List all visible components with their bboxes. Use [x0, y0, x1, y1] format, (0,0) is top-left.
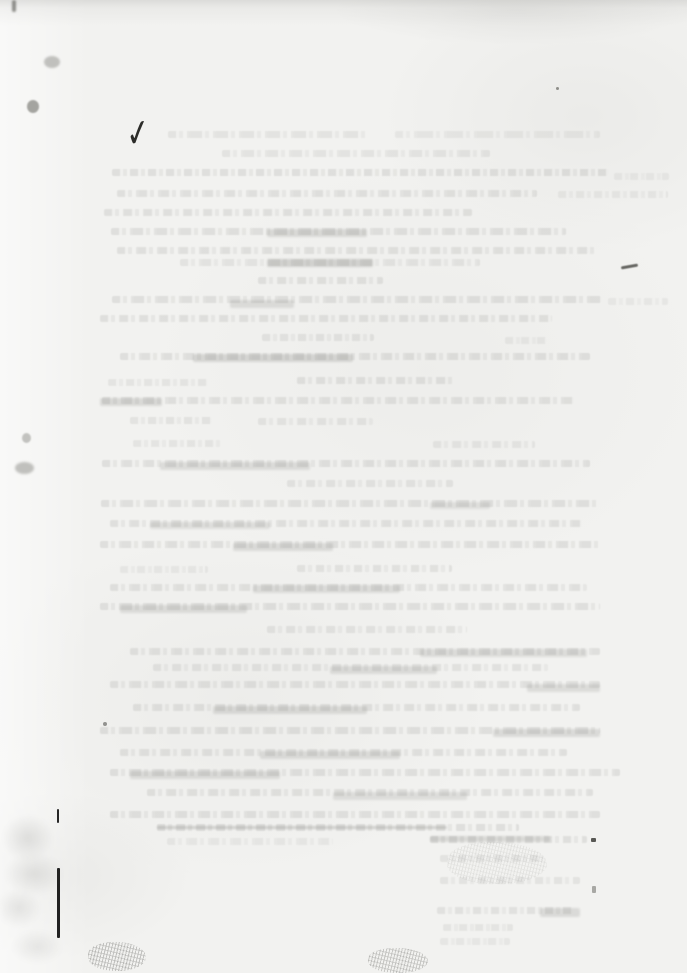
faded-word-cluster	[130, 771, 280, 779]
faded-text-line	[505, 337, 547, 344]
faded-text-line	[222, 150, 490, 157]
speck	[103, 722, 107, 726]
speck	[591, 838, 596, 842]
faded-word-cluster	[160, 462, 310, 470]
faded-text-line	[267, 626, 467, 633]
checkmark-glyph: ✓	[124, 112, 152, 154]
faded-text-line	[110, 811, 600, 818]
faded-word-cluster	[230, 300, 294, 308]
faded-text-line	[443, 924, 513, 931]
faded-word-cluster	[260, 751, 400, 759]
ink-spot	[15, 462, 34, 474]
faded-word-cluster	[213, 706, 367, 714]
faded-text-line	[614, 173, 669, 180]
faded-word-cluster	[120, 605, 247, 613]
faded-text-line	[297, 565, 452, 572]
faded-text-line	[120, 353, 590, 360]
faded-text-line	[440, 938, 510, 945]
faded-text-line	[117, 190, 537, 197]
speck	[556, 87, 559, 90]
faded-word-cluster	[267, 259, 373, 267]
faded-word-cluster	[330, 666, 437, 674]
faded-text-line	[287, 480, 453, 487]
faded-typewritten-text-layer	[0, 0, 687, 973]
faded-word-cluster	[540, 908, 580, 917]
faded-word-cluster	[267, 229, 367, 237]
faded-text-line	[262, 334, 374, 341]
faded-text-line	[558, 191, 668, 198]
pencil-smudge	[447, 842, 547, 884]
faded-word-cluster	[527, 684, 600, 692]
scan-edge-sliver	[12, 0, 16, 12]
faded-text-line	[112, 169, 609, 176]
faded-word-cluster	[493, 729, 600, 737]
scanned-document-page: ✓	[0, 0, 687, 973]
ink-spot	[22, 433, 31, 443]
faded-text-line	[258, 418, 373, 425]
faded-word-cluster	[253, 585, 400, 593]
faded-text-line	[112, 296, 602, 303]
faded-text-line	[258, 277, 383, 284]
faded-text-line	[433, 441, 535, 448]
pencil-smudge	[368, 948, 428, 973]
faded-text-line	[101, 500, 599, 507]
faded-text-line	[117, 247, 595, 254]
faded-text-line	[108, 379, 208, 386]
faded-text-line	[102, 397, 574, 404]
faded-word-cluster	[430, 502, 490, 509]
ghost-smudge	[0, 815, 62, 970]
faded-text-line	[297, 377, 455, 384]
faded-word-cluster	[333, 792, 467, 800]
faded-text-line	[100, 541, 600, 548]
faded-text-line	[395, 131, 600, 138]
faded-text-line	[168, 131, 368, 138]
faded-text-line	[104, 209, 472, 216]
speck	[592, 886, 596, 893]
ink-spot	[44, 56, 60, 68]
pencil-smudge	[88, 942, 146, 971]
faded-text-line	[133, 440, 221, 447]
faded-text-line	[130, 417, 212, 424]
handwritten-checkmark: ✓	[120, 112, 156, 153]
faded-word-cluster	[157, 826, 447, 829]
faded-text-line	[608, 298, 668, 305]
faded-word-cluster	[420, 649, 587, 657]
faded-word-cluster	[150, 522, 270, 529]
faded-text-line	[100, 315, 552, 322]
ink-spot	[27, 100, 39, 113]
faded-word-cluster	[100, 398, 162, 406]
faded-text-line	[120, 566, 208, 573]
faded-word-cluster	[193, 354, 353, 362]
pen-dash-mark	[621, 264, 638, 270]
faded-text-line	[167, 838, 333, 845]
faded-word-cluster	[233, 543, 333, 551]
